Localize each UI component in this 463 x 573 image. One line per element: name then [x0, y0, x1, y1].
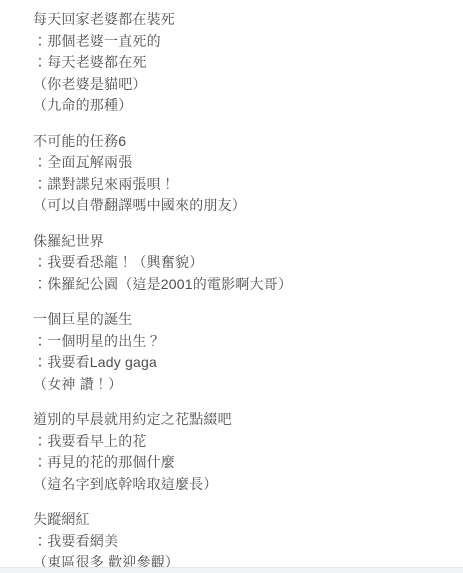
movie-title-line: 侏羅紀世界 — [33, 231, 443, 253]
movie-title-line: 每天回家老婆都在裝死 — [33, 9, 443, 31]
joke-line: ：我要看早上的花 — [33, 431, 443, 453]
movie-title-line: 道別的早晨就用約定之花點綴吧 — [33, 409, 443, 431]
comment-line: （這名字到底幹啥取這麼長） — [33, 474, 443, 496]
movie-joke-block: 失蹤網紅 ：我要看網美 （東區很多 歡迎參觀） — [33, 509, 443, 573]
joke-line: ：我要看Lady gaga — [33, 352, 443, 374]
comment-line: （九命的那種） — [33, 95, 443, 117]
comment-line: （女神 讚！） — [33, 374, 443, 396]
page-bottom-strip — [0, 567, 463, 573]
joke-line: ：一個明星的出生？ — [33, 331, 443, 353]
article-text-content: 每天回家老婆都在裝死 ：那個老婆一直死的 ：每天老婆都在死 （你老婆是貓吧） （… — [0, 0, 463, 573]
joke-line: ：我要看恐龍！（興奮貌） — [33, 252, 443, 274]
movie-joke-block: 每天回家老婆都在裝死 ：那個老婆一直死的 ：每天老婆都在死 （你老婆是貓吧） （… — [33, 9, 443, 117]
joke-line: ：全面瓦解兩張 — [33, 152, 443, 174]
movie-joke-block: 不可能的任務6 ：全面瓦解兩張 ：諜對諜兒來兩張唄！ （可以自帶翻譯嗎中國來的朋… — [33, 131, 443, 217]
joke-line: ：每天老婆都在死 — [33, 52, 443, 74]
movie-joke-block: 侏羅紀世界 ：我要看恐龍！（興奮貌） ：侏羅紀公園（這是2001的電影啊大哥） — [33, 231, 443, 296]
comment-line: （可以自帶翻譯嗎中國來的朋友） — [33, 195, 443, 217]
comment-line: （你老婆是貓吧） — [33, 74, 443, 96]
movie-title-line: 一個巨星的誕生 — [33, 309, 443, 331]
movie-title-line: 失蹤網紅 — [33, 509, 443, 531]
movie-title-line: 不可能的任務6 — [33, 131, 443, 153]
movie-joke-block: 一個巨星的誕生 ：一個明星的出生？ ：我要看Lady gaga （女神 讚！） — [33, 309, 443, 395]
movie-joke-block: 道別的早晨就用約定之花點綴吧 ：我要看早上的花 ：再見的花的那個什麼 （這名字到… — [33, 409, 443, 495]
joke-line: ：諜對諜兒來兩張唄！ — [33, 174, 443, 196]
joke-line: ：我要看網美 — [33, 531, 443, 553]
joke-line: ：侏羅紀公園（這是2001的電影啊大哥） — [33, 274, 443, 296]
joke-line: ：那個老婆一直死的 — [33, 31, 443, 53]
joke-line: ：再見的花的那個什麼 — [33, 452, 443, 474]
